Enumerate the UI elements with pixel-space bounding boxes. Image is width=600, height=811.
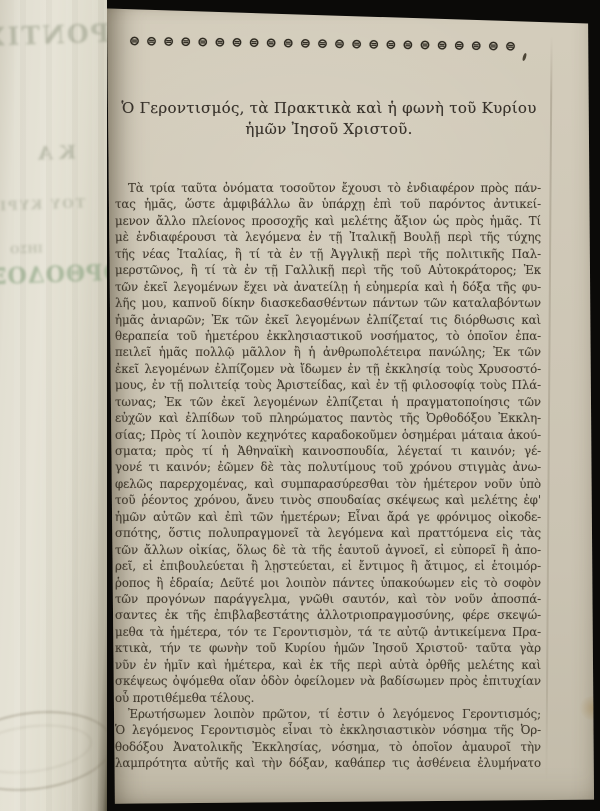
ornament-unit: ⊜ xyxy=(129,34,140,49)
text-line: ἡμῶν αὐτῶν καὶ ἐπὶ τῶν ἡμετέρων; Εἶναι ἄ… xyxy=(115,509,541,525)
text-line: σαντες ἐκ τῆς ἐπιβλαβεστάτης ἀλλοτριοπρα… xyxy=(115,607,541,623)
ornament-unit: ⊜ xyxy=(334,36,345,51)
text-line: ἐκεῖ λεγομένων ἐλπίζομεν νὰ ἴδωμεν ἐν τῇ… xyxy=(115,361,541,377)
text-line: τῶν προγόνων παράγγελμα, γνῶθι σαυτόν, κ… xyxy=(115,591,541,607)
ornament-unit: ⊜ xyxy=(214,35,225,50)
text-line: λῆς μου, καπνοῦ δίκην διασκεδασθέντων πά… xyxy=(115,295,541,311)
ghost-stamp-mark xyxy=(0,702,107,799)
ornament-unit: ⊜ xyxy=(197,34,208,49)
ornament-unit: ⊜ xyxy=(471,38,482,53)
text-line: μους, ἐν τῇ πολιτείᾳ τοὺς Ἀριστείδας, κα… xyxy=(115,377,541,393)
text-line: οὗ προτιθέμεθα τέλους. xyxy=(115,690,541,706)
text-line: σίας; Πρὸς τί λοιπὸν κεχηνότες καραδοκοῦ… xyxy=(115,427,541,443)
text-line: ἡμᾶς ἀνιαρῶν; Ἐκ τῶν ἐκεῖ λεγομένων ἐλπί… xyxy=(115,312,541,328)
ornament-unit: ⊜ xyxy=(437,38,448,53)
text-line: λαμπρότητα αὐτῆς καὶ τὴν δόξαν, καθάπερ … xyxy=(115,755,541,771)
ghost-showthrough-text: ΟΡΘΟΔΟΞ xyxy=(0,260,107,291)
ornament-unit: ⊜ xyxy=(454,38,465,53)
ghost-stamp-mark xyxy=(0,719,94,780)
ghost-showthrough-text: ΓΕΡΟΝΤΙΣ xyxy=(0,17,107,52)
text-line: Ὁ λεγόμενος Γεροντισμὸς εἶναι τὸ ἐκκλησι… xyxy=(115,722,541,738)
ornament-unit: ⊜ xyxy=(402,37,413,52)
ornament-unit: ⊜ xyxy=(249,35,260,50)
ornament-unit: ⊜ xyxy=(419,38,430,53)
article-title: Ὁ Γεροντισμός, τὰ Πρακτικὰ καὶ ἡ φωνὴ το… xyxy=(114,98,544,139)
text-line: μενον ἄλλο πλείονος προσοχῆς καὶ μελέτης… xyxy=(115,213,541,229)
article-body: Τὰ τρία ταῦτα ὀνόματα τοσοῦτον ἔχουσι τὸ… xyxy=(115,180,541,772)
text-line: τῶν ἐκεῖ λεγομένων ἔχει νὰ ἀνατείλῃ ἡ εὐ… xyxy=(115,279,541,295)
ornament-unit: ⊜ xyxy=(351,37,362,52)
ornament-divider: ⊜⊜⊜⊜⊜⊜⊜⊜⊜⊜⊜⊜⊜⊜⊜⊜⊜⊜⊜⊜⊜⊜⊜ xyxy=(129,33,516,54)
text-line: Ἐρωτήσωμεν λοιπὸν πρῶτον, τί ἐστιν ὁ λεγ… xyxy=(115,706,541,722)
text-line: γονέ τι καινόν; ἐῶμεν δὲ τὰς πολυτίμους … xyxy=(115,459,541,475)
article-title-line1: Ὁ Γεροντισμός, τὰ Πρακτικὰ καὶ ἡ φωνὴ το… xyxy=(114,98,544,119)
text-line: εὐχῶν καὶ ἐλπίδων τοῦ πληρώματος παντὸς … xyxy=(115,410,541,426)
page-crease xyxy=(545,36,552,784)
ghost-showthrough-text: ΙΗΣΟ xyxy=(10,242,43,256)
text-line: τωνας; Ἐκ τῶν ἐκεῖ λεγομένων ἐλπίζεται ἡ… xyxy=(115,394,541,410)
ornament-unit: ⊜ xyxy=(505,39,516,54)
text-line: τας ἡμᾶς, ὥστε ἀμφιβάλλω ἂν ὑπάρχῃ ἐπὶ τ… xyxy=(115,196,541,212)
text-line: μὲ ἐνδιαφέρουσι τὰ λεγόμενα ἐν τῇ Ἰταλικ… xyxy=(115,229,541,245)
book-page: ⊜⊜⊜⊜⊜⊜⊜⊜⊜⊜⊜⊜⊜⊜⊜⊜⊜⊜⊜⊜⊜⊜⊜ Ὁ Γεροντισμός, τ… xyxy=(104,0,600,811)
text-line: Τὰ τρία ταῦτα ὀνόματα τοσοῦτον ἔχουσι τὸ… xyxy=(115,180,541,196)
text-line: τῶν ἄλλων οἰκίας, ὅλως δὲ τὰ τῆς ἑαυτοῦ … xyxy=(115,542,541,558)
ornament-unit: ⊜ xyxy=(266,35,277,50)
stain-mark xyxy=(590,724,600,737)
text-line: μερστῶνος, ἢ τί τὰ ἐν τῇ Γαλλικῇ περὶ τῆ… xyxy=(115,262,541,278)
ornament-unit: ⊜ xyxy=(146,34,157,49)
text-line: κτικὰ, τήν τε φωνὴν τοῦ Κυρίου ἡμῶν Ἰησο… xyxy=(115,640,541,656)
text-line: σκέψεως ὀψόμεθα οἵαν ὁδὸν ὀφείλομεν νὰ β… xyxy=(115,673,541,689)
text-line: ρεῖ, εἰ ἐπιβουλεύεται ἢ λῃστεύεται, εἰ ἔ… xyxy=(115,558,541,574)
text-line: θεραπεία τοῦ ἡμετέρου ἐκκλησιαστικοῦ νοσ… xyxy=(115,328,541,344)
ornament-unit: ⊜ xyxy=(368,37,379,52)
adjacent-page-edge: ΓΕΡΟΝΤΙΣ Κ Α ΤΟΥ ΚΥΡΙ ΙΗΣΟ ΟΡΘΟΔΟΞ xyxy=(0,0,107,811)
text-line: τῆς νέας Ἰταλίας, ἢ τί τὰ ἐν τῇ Ἀγγλικῇ … xyxy=(115,246,541,262)
ornament-unit: ⊜ xyxy=(317,36,328,51)
ink-speck xyxy=(522,53,527,62)
ornament-unit: ⊜ xyxy=(163,34,174,49)
text-line: πειλεῖ ἡμᾶς πολλῷ μᾶλλον ἢ ἡ ἀνθρωπολέτε… xyxy=(115,344,541,360)
ornament-unit: ⊜ xyxy=(300,36,311,51)
text-line: σματα; πρὸς τί ἡ Ἀθηναϊκὴ καινοσπουδία, … xyxy=(115,443,541,459)
ornament-unit: ⊜ xyxy=(283,36,294,51)
text-line: φελῶς παρερχομένας, καὶ συμπαρασύρεσθαι … xyxy=(115,476,541,492)
article-title-line2: ἡμῶν Ἰησοῦ Χριστοῦ. xyxy=(114,119,544,140)
book-photo: ΓΕΡΟΝΤΙΣ Κ Α ΤΟΥ ΚΥΡΙ ΙΗΣΟ ΟΡΘΟΔΟΞ ⊜⊜⊜⊜⊜… xyxy=(0,0,600,811)
ornament-unit: ⊜ xyxy=(180,34,191,49)
ghost-showthrough-text: ΤΟΥ ΚΥΡΙ xyxy=(0,196,85,214)
text-line: νῦν ἐν ἡμῖν καὶ ἡμέτερα, καὶ ἐκ τῆς περὶ… xyxy=(115,657,541,673)
ghost-showthrough-text: Κ Α xyxy=(38,141,77,164)
text-line: σπότης, ὅστις πολυπραγμονεῖ τὰ λεγόμενα … xyxy=(115,525,541,541)
stain-mark xyxy=(578,696,600,720)
ornament-unit: ⊜ xyxy=(488,39,499,54)
text-line: τοῦ ῥέοντος χρόνου, ἄνευ τινὸς σπουδαίας… xyxy=(115,492,541,508)
text-line: ῥοπος ἢ ἑδραία; Δεῦτέ μοι λοιπὸν πάντες … xyxy=(115,575,541,591)
ornament-unit: ⊜ xyxy=(231,35,242,50)
ornament-unit: ⊜ xyxy=(385,37,396,52)
text-line: μεθα τὰ ἡμέτερα, τόν τε Γεροντισμὸν, τά … xyxy=(115,624,541,640)
text-line: θοδόξου Ἀνατολικῆς Ἐκκλησίας, νόσημα, τὸ… xyxy=(115,739,541,755)
